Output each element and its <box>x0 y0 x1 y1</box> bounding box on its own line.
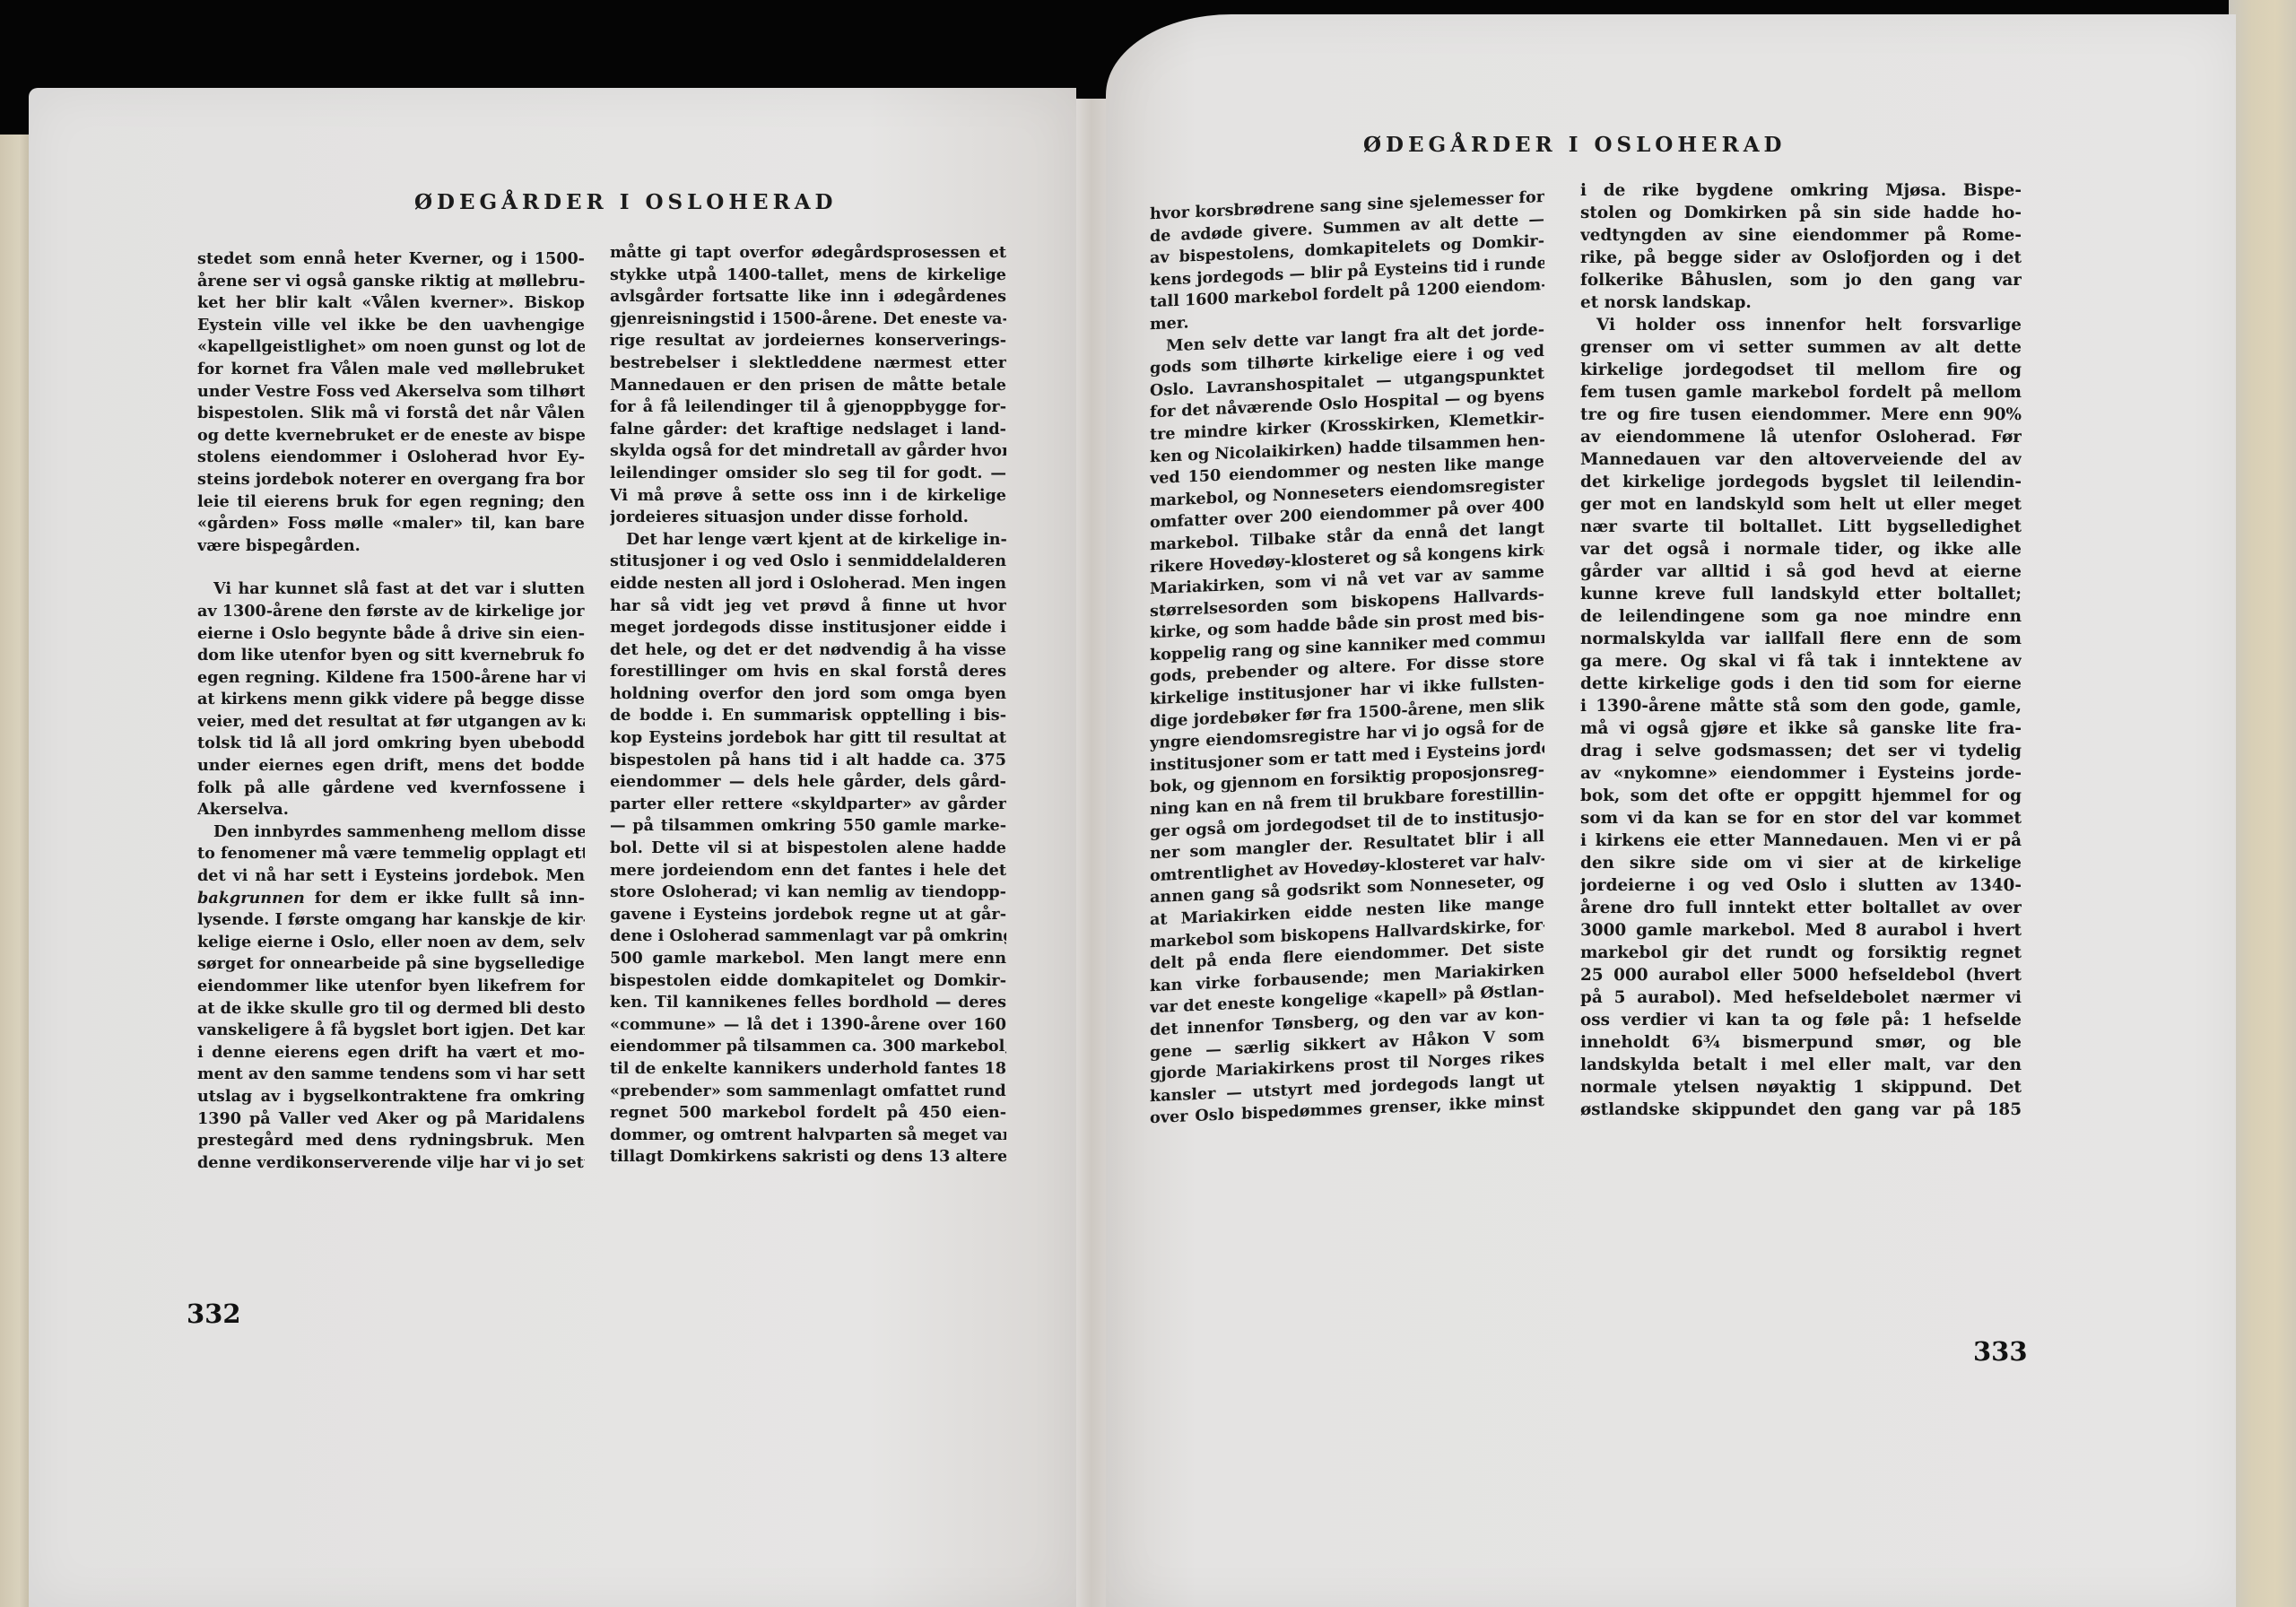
text-line: må vi også gjøre et ikke så ganske lite … <box>1580 717 2022 740</box>
text-line: årene ser vi også ganske riktig at mølle… <box>197 271 585 293</box>
text-line: steins jordebok noterer en overgang fra … <box>197 469 585 491</box>
text-line: de bodde i. En summarisk opptelling i bi… <box>610 705 1006 727</box>
text-line: «commune» — lå det i 1390-årene over 160 <box>610 1014 1006 1037</box>
text-line: og dette kvernebruket er de eneste av bi… <box>197 425 585 447</box>
text-line: Mannedauen er den prisen de måtte betale <box>610 375 1006 397</box>
text-line: årene dro full inntekt etter boltallet a… <box>1580 897 2022 919</box>
text-line: to fenomener må være temmelig opplagt et… <box>197 843 585 865</box>
text-line: eidde nesten all jord i Osloherad. Men i… <box>610 573 1006 595</box>
text-line: ken. Til kannikenes felles bordhold — de… <box>610 992 1006 1014</box>
text-line: egen regning. Kildene fra 1500-årene har… <box>197 667 585 690</box>
text-line: «gården» Foss mølle «maler» til, kan bar… <box>197 513 585 535</box>
text-line: til de enkelte kannikers underhold fante… <box>610 1058 1006 1081</box>
text-line: det hele, og det er det nødvendig å ha v… <box>610 639 1006 662</box>
book-edge-left <box>0 135 32 1607</box>
text-line: på 5 aurabol). Med hefseldebolet nærmer … <box>1580 986 2022 1009</box>
text-line: Den innbyrdes sammenheng mellom disse <box>197 821 585 844</box>
text-line: gavene i Eysteins jordebok regne ut at g… <box>610 904 1006 926</box>
text-line: stolen og Domkirken på sin side hadde ho… <box>1580 202 2022 224</box>
text-line: som vi da kan se for en stor del var kom… <box>1580 807 2022 830</box>
text-line: lysende. I første omgang har kanskje de … <box>197 909 585 932</box>
text-line: «prebender» som sammenlagt omfattet rund… <box>610 1081 1006 1103</box>
left-page-column-2: måtte gi tapt overfor ødegårdsprosessen … <box>610 242 1006 1168</box>
text-line: Vi holder oss innenfor helt forsvarlige <box>1580 314 2022 336</box>
text-line: kelige eierne i Oslo, eller noen av dem,… <box>197 932 585 954</box>
text-line: folkerike Båhuslen, som jo den gang var <box>1580 269 2022 291</box>
text-line: 25 000 aurabol eller 5000 hefseldebol (h… <box>1580 964 2022 986</box>
text-line: avlsgårder fortsatte like inn i ødegårde… <box>610 286 1006 308</box>
text-line: drag i selve godsmassen; det ser vi tyde… <box>1580 740 2022 762</box>
text-line: være bispegården. <box>197 535 585 558</box>
text-line: stykke utpå 1400-tallet, mens de kirkeli… <box>610 265 1006 287</box>
book-gutter <box>1076 99 1107 1607</box>
text-line: i de rike bygdene omkring Mjøsa. Bispe- <box>1580 179 2022 202</box>
text-line: regnet 500 markebol fordelt på 450 eien- <box>610 1102 1006 1125</box>
text-line: rige resultat av jordeiernes konserverin… <box>610 330 1006 352</box>
text-line: vanskeligere å få bygslet bort igjen. De… <box>197 1020 585 1042</box>
text-line: leie til eierens bruk for egen regning; … <box>197 491 585 514</box>
right-page-column-1: hvor korsbrødrene sang sine sjelemesser … <box>1150 187 1544 1130</box>
text-line: i 1390-årene måtte stå som den gode, gam… <box>1580 695 2022 717</box>
right-page-number: 333 <box>1973 1336 2028 1367</box>
text-line: veier, med det resultat at før utgangen … <box>197 711 585 734</box>
text-line: kirkelige jordegodset til mellom fire og <box>1580 359 2022 381</box>
left-running-head: ØDEGÅRDER I OSLOHERAD <box>414 190 838 214</box>
text-line: kunne kreve full landskyld etter boltall… <box>1580 583 2022 605</box>
text-line: eiendommer — dels hele gårder, dels gård… <box>610 771 1006 794</box>
text-line: eiendommer like utenfor byen likefrem fo… <box>197 976 585 998</box>
text-line: parter eller rettere «skyldparter» av gå… <box>610 794 1006 816</box>
text-line: store Osloherad; vi kan nemlig av tiendo… <box>610 882 1006 904</box>
text-line: jordeieres situasjon under disse forhold… <box>610 507 1006 529</box>
text-line: bok, som det ofte er oppgitt hjemmel for… <box>1580 785 2022 807</box>
text-line: skylda også for det mindretall av gårder… <box>610 440 1006 463</box>
text-line: nær svarte til boltallet. Litt bygselled… <box>1580 516 2022 538</box>
text-line: har så vidt jeg vet prøvd å finne ut hvo… <box>610 595 1006 618</box>
text-line: dom like utenfor byen og sitt kvernebruk… <box>197 645 585 667</box>
text-line: ga mere. Og skal vi få tak i inntektene … <box>1580 650 2022 673</box>
italic-term: bakgrunnen <box>197 889 315 908</box>
text-line: bestrebelser i slektleddene nærmest ette… <box>610 352 1006 375</box>
text-line: østlandske skippundet den gang var på 18… <box>1580 1099 2022 1121</box>
text-line: prestegård med dens rydningsbruk. Men <box>197 1130 585 1152</box>
text-line: det kirkelige jordegods bygslet til leil… <box>1580 471 2022 493</box>
text-line: ket her blir kalt «Vålen kverner». Bisko… <box>197 292 585 315</box>
text-line: 500 gamle markebol. Men langt mere enn <box>610 948 1006 970</box>
text-line: stolens eiendommer i Osloherad hvor Ey- <box>197 447 585 469</box>
text-line: den sikre side om vi sier at de kirkelig… <box>1580 852 2022 874</box>
text-line: det vi nå har sett i Eysteins jordebok. … <box>197 865 585 888</box>
text-line: bispestolen på hans tid i alt hadde ca. … <box>610 750 1006 772</box>
text-line: var det også i normale tider, og ikke al… <box>1580 538 2022 560</box>
text-line: tolsk tid lå all jord omkring byen ubebo… <box>197 733 585 755</box>
text-line: mere jordeiendom enn det fantes i hele d… <box>610 860 1006 882</box>
text-line: normale ytelsen nøyaktig 1 skippund. Det <box>1580 1076 2022 1099</box>
text-line: denne verdikonserverende vilje har vi jo… <box>197 1152 585 1175</box>
text-line: for kornet fra Vålen male ved møllebruke… <box>197 359 585 381</box>
text-line: ment av den samme tendens som vi har set… <box>197 1064 585 1086</box>
text-line: forestillinger om hvis en skal forstå de… <box>610 661 1006 683</box>
text-line: rike, på begge sider av Oslofjorden og i… <box>1580 247 2022 269</box>
text-line: at kirkens menn gikk videre på begge dis… <box>197 689 585 711</box>
text-line: jordeierne i og ved Oslo i slutten av 13… <box>1580 874 2022 897</box>
text-line: eiendommer på tilsammen ca. 300 markebol… <box>610 1036 1006 1058</box>
text-line: leilendinger omsider slo seg til for god… <box>610 463 1006 485</box>
right-page-column-2: i de rike bygdene omkring Mjøsa. Bispe-s… <box>1580 179 2022 1121</box>
text-line: tillagt Domkirkens sakristi og dens 13 a… <box>610 1146 1006 1168</box>
text-line: landskylda betalt i mel eller malt, var … <box>1580 1054 2022 1076</box>
text-line: dene i Osloherad sammenlagt var på omkri… <box>610 925 1006 948</box>
text-line: bispestolen eidde domkapitelet og Domkir… <box>610 970 1006 993</box>
text-line: av 1300-årene den første av de kirkelige… <box>197 601 585 623</box>
left-page-column-1: stedet som ennå heter Kverner, og i 1500… <box>197 248 585 1174</box>
text-line: dommer, og omtrent halvparten så meget v… <box>610 1125 1006 1147</box>
text-line: sørget for onnearbeide på sine bygselled… <box>197 953 585 976</box>
text-line: holdning overfor den jord som omga byen <box>610 683 1006 706</box>
text-line: under Vestre Foss ved Akerselva som tilh… <box>197 381 585 404</box>
text-line: oss verdier vi kan ta og føle på: 1 hefs… <box>1580 1009 2022 1031</box>
text-line: i kirkens eie etter Mannedauen. Men vi e… <box>1580 830 2022 852</box>
text-line: de leilendingene som ga noe mindre enn <box>1580 605 2022 628</box>
text-line: Vi må prøve å sette oss inn i de kirkeli… <box>610 485 1006 508</box>
text-line: under eiernes egen drift, mens det bodde <box>197 755 585 777</box>
text-line: inneholdt 6¾ bismerpund smør, og ble <box>1580 1031 2022 1054</box>
left-page-number: 332 <box>187 1299 241 1329</box>
text-line: gårder var alltid i så god hevd at eiern… <box>1580 560 2022 583</box>
text-line: et norsk landskap. <box>1580 291 2022 314</box>
text-line: bakgrunnen for dem er ikke fullt så inn- <box>197 888 585 910</box>
text-line: folk på alle gårdene ved kvernfossene i <box>197 777 585 800</box>
text-line: av «nykomne» eiendommer i Eysteins jorde… <box>1580 762 2022 785</box>
text-line: Det har lenge vært kjent at de kirkelige… <box>610 529 1006 552</box>
text-line: for å få leilendinger til å gjenoppbygge… <box>610 396 1006 419</box>
text-line: markebol gir det rundt og forsiktig regn… <box>1580 942 2022 964</box>
text-line: av eiendommene lå utenfor Osloherad. Før <box>1580 426 2022 448</box>
text-line: «kapellgeistlighet» om noen gunst og lot… <box>197 336 585 359</box>
text-line: meget jordegods disse institusjoner eidd… <box>610 617 1006 639</box>
paragraph-gap <box>197 557 585 578</box>
text-line: at de ikke skulle gro til og dermed bli … <box>197 998 585 1021</box>
text-line: Mannedauen var den altoverveiende del av <box>1580 448 2022 471</box>
text-line: stedet som ennå heter Kverner, og i 1500… <box>197 248 585 271</box>
text-line: — på tilsammen omkring 550 gamle marke- <box>610 815 1006 838</box>
text-line: tre og fire tusen eiendommer. Mere enn 9… <box>1580 404 2022 426</box>
text-line: bol. Dette vil si at bispestolen alene h… <box>610 838 1006 860</box>
right-running-head: ØDEGÅRDER I OSLOHERAD <box>1363 133 1787 157</box>
text-line: gjenreisningstid i 1500-årene. Det enest… <box>610 308 1006 331</box>
text-line: utslag av i bygselkontraktene fra omkrin… <box>197 1086 585 1108</box>
text-line: eierne i Oslo begynte både å drive sin e… <box>197 623 585 646</box>
text-line: 1390 på Valler ved Aker og på Maridalens <box>197 1108 585 1131</box>
text-line: stitusjoner i og ved Oslo i senmiddelald… <box>610 551 1006 573</box>
text-line: fem tusen gamle markebol fordelt på mell… <box>1580 381 2022 404</box>
text-line: falne gårder: det kraftige nedslaget i l… <box>610 419 1006 441</box>
text-line: dette kirkelige gods i den tid som for e… <box>1580 673 2022 695</box>
text-line: Akerselva. <box>197 799 585 821</box>
text-line: grenser om vi setter summen av alt dette <box>1580 336 2022 359</box>
book-edge-right <box>2229 0 2296 1607</box>
text-line: Eystein ville vel ikke be den uavhengige <box>197 315 585 337</box>
text-line: ger mot en landskyld som helt ut eller m… <box>1580 493 2022 516</box>
text-line: normalskylda var iallfall flere enn de s… <box>1580 628 2022 650</box>
text-line: vedtyngden av sine eiendommer på Rome- <box>1580 224 2022 247</box>
text-line: kop Eysteins jordebok har gitt til resul… <box>610 727 1006 750</box>
text-line: måtte gi tapt overfor ødegårdsprosessen … <box>610 242 1006 265</box>
text-line: Vi har kunnet slå fast at det var i slut… <box>197 578 585 601</box>
text-line: bispestolen. Slik må vi forstå det når V… <box>197 403 585 425</box>
text-line: 3000 gamle markebol. Med 8 aurabol i hve… <box>1580 919 2022 942</box>
text-line: i denne eierens egen drift ha vært et mo… <box>197 1042 585 1064</box>
